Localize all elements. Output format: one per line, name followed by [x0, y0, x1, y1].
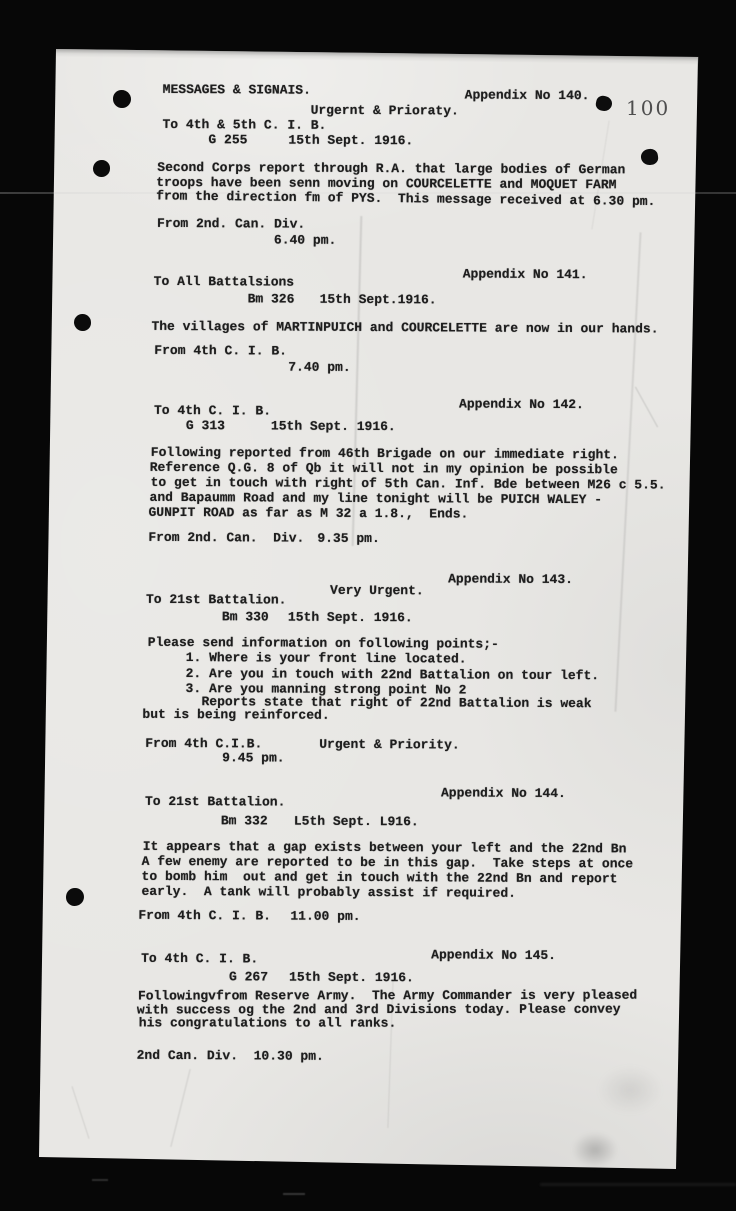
time-line: 11.00 pm. [290, 910, 360, 924]
from-line: 2nd Can. Div. [137, 1049, 238, 1064]
ref-number: G 267 [229, 970, 268, 984]
time-line: 10.30 pm. [254, 1049, 324, 1063]
from-line: From 4th C. I. B. [138, 909, 271, 924]
addressee-line: To 4th & 5th C. I. B. [162, 118, 326, 133]
body-line: his congratulations to all ranks. [139, 1016, 396, 1030]
from-line: From 4th C.I.B. [145, 737, 262, 752]
ref-number: Bm 326 [248, 292, 295, 306]
typewritten-text-layer: MESSAGES & SIGNAIS. Appendix No 140. Urg… [0, 0, 736, 1211]
appendix-label: Appendix No 144. [441, 786, 566, 801]
time-line: 7.40 pm. [288, 361, 350, 375]
body-line: GUNPIT ROAD as far as M 32 a 1.8., Ends. [148, 506, 468, 522]
date-text: 15th Sept. 1916. [288, 134, 413, 149]
ref-number: Bm 332 [221, 814, 268, 828]
addressee-line: To 21st Battalion. [146, 593, 287, 608]
priority-label: Urgernt & Prioraty. [311, 104, 459, 119]
time-line: 9.45 pm. [222, 751, 284, 765]
ref-number: Bm 330 [222, 610, 269, 624]
appendix-label: Appendix No 141. [463, 267, 588, 282]
punch-hole [113, 90, 131, 108]
body-line: 1. Where is your front line located. [186, 651, 467, 666]
punch-hole [66, 888, 84, 906]
from-line: From 2nd. Can. Div. [157, 217, 305, 232]
body-line: The villages of MARTINPUICH and COURCELE… [151, 320, 658, 337]
ref-number: G 255 [208, 133, 247, 147]
addressee-line: To 4th C. I. B. [141, 952, 258, 967]
date-text: 15th Sept. 1916. [288, 611, 413, 626]
body-line: from the direction fm of PYS. This messa… [156, 189, 655, 209]
punch-hole [74, 314, 91, 331]
addressee-line: To 4th C. I. B. [154, 404, 271, 419]
body-line: early. A tank will probably assist if re… [141, 885, 516, 901]
from-line: From 2nd. Can. Div. [148, 531, 304, 546]
time-line: 9.35 pm. [317, 532, 379, 546]
addressee-line: To 21st Battalion. [145, 795, 286, 810]
messages-signals-heading: MESSAGES & SIGNAIS. [163, 83, 311, 98]
priority-label-2: Urgent & Priority. [319, 738, 460, 753]
priority-label: Very Urgent. [330, 584, 424, 598]
document-scan: MESSAGES & SIGNAIS. Appendix No 140. Urg… [0, 0, 736, 1211]
date-text: 15th Sept.1916. [320, 293, 437, 308]
time-line: 6.40 pm. [274, 234, 336, 248]
ref-number: G 313 [186, 419, 225, 433]
date-text: 15th Sept. 1916. [289, 971, 414, 986]
punch-hole [93, 160, 110, 177]
appendix-label: Appendix No 140. [465, 88, 590, 103]
date-text: L5th Sept. L916. [294, 815, 419, 830]
appendix-label: Appendix No 145. [431, 948, 556, 963]
body-line: but is being reinforced. [142, 708, 329, 723]
appendix-label: Appendix No 142. [459, 397, 584, 412]
page-number-stamp: 100 [626, 96, 670, 120]
date-text: 15th Sept. 1916. [271, 419, 396, 434]
from-line: From 4th C. I. B. [154, 344, 287, 359]
appendix-label: Appendix No 143. [448, 572, 573, 587]
addressee-line: To All Battalsions [154, 275, 295, 290]
